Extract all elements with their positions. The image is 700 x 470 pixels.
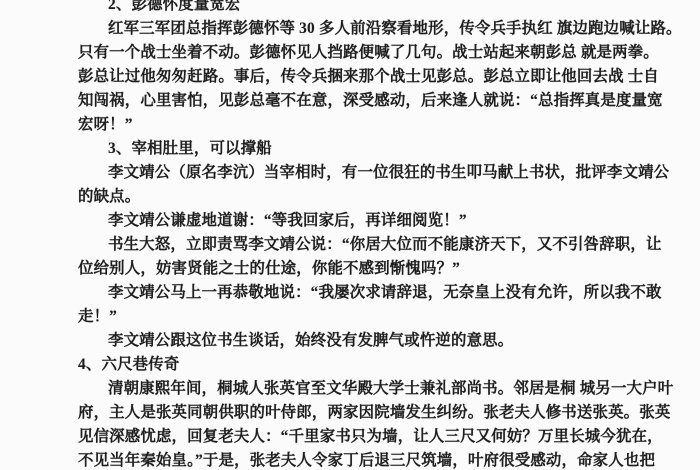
text-line: 李文靖公跟这位书生谈话，始终没有发脾气或忤逆的意思。 <box>78 329 653 353</box>
text-line: 红军三军团总指挥彭德怀等 30 多人前沿察看地形，传令兵手执红 旗边跑边喊让路。 <box>78 17 653 41</box>
text-line: 不见当年秦始皇。”于是，张老夫人令家丁后退三尺筑墙，叶府很受感动，命家人也把 <box>78 449 653 470</box>
text-line: 清朝康熙年间，桐城人张英官至文华殿大学士兼礼部尚书。邻居是桐 城另一大户叶 <box>78 377 653 401</box>
section-heading: 3、宰相肚里，可以撑船 <box>78 137 653 161</box>
text-line: 李文靖公（原名李沆）当宰相时，有一位很狂的书生叩马献上书状，批评李文靖公 <box>78 161 653 185</box>
section-heading: 4、六尺巷传奇 <box>78 353 653 377</box>
text-line: 位给别人，妨害贤能之士的仕途，你能不感到惭愧吗？” <box>78 257 653 281</box>
text-line: 宏呀！” <box>78 113 653 137</box>
text-line: 府，主人是张英同朝供职的叶侍郎，两家因院墙发生纠纷。张老夫人修书送张英。张英 <box>78 401 653 425</box>
text-line: 书生大怒，立即责骂李文靖公说：“你居大位而不能康济天下，又不引咎辞职，让 <box>78 233 653 257</box>
text-line: 走！” <box>78 305 653 329</box>
text-line: 知闯祸，心里害怕，见彭总毫不在意，深受感动，后来逢人就说：“总指挥真是度量宽 <box>78 89 653 113</box>
text-line: 见信深感忧虑，回复老夫人：“千里家书只为墙，让人三尺又何妨？万里长城今犹在， <box>78 425 653 449</box>
section-heading: 2、彭德怀度量宽宏 <box>78 0 653 17</box>
text-line: 的缺点。 <box>78 185 653 209</box>
text-line: 李文靖公谦虚地道谢：“等我回家后，再详细阅览！” <box>78 209 653 233</box>
text-line: 彭总让过他匆匆赶路。事后，传令兵捆来那个战士见彭总。彭总立即让他回去战 士自 <box>78 65 653 89</box>
document-page: 2、彭德怀度量宽宏 红军三军团总指挥彭德怀等 30 多人前沿察看地形，传令兵手执… <box>78 0 653 470</box>
text-line: 只有一个战士坐着不动。彭德怀见人挡路便喊了几句。战士站起来朝彭总 就是两拳。 <box>78 41 653 65</box>
text-line: 李文靖公马上一再恭敬地说：“我屡次求请辞退，无奈皇上没有允许，所以我不敢 <box>78 281 653 305</box>
